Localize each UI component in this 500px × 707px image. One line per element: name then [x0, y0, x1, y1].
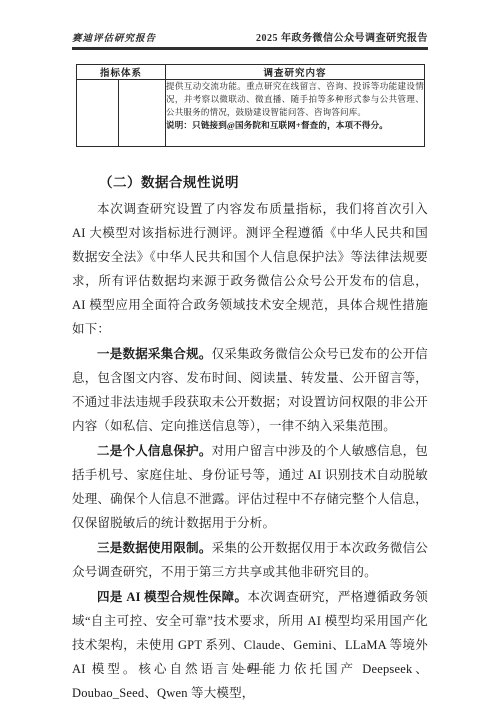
header-left-title: 赛迪评估研究报告 — [72, 30, 156, 44]
paragraph-ai-compliance-lead: 四是 AI 模型合规性保障。 — [97, 590, 247, 604]
paragraph-data-usage-lead: 三是数据使用限制。 — [97, 541, 212, 555]
table-header-row: 指标体系 调查研究内容 — [77, 64, 425, 79]
indicator-table: 指标体系 调查研究内容 提供互动交流功能。重点研究在线留言、咨询、投诉等功能建设… — [76, 64, 425, 147]
paragraph-intro-text: 本次调查研究设置了内容发布质量指标，我们将首次引入 AI 大模型对该指标进行测评… — [72, 202, 428, 336]
table-cell-empty-1 — [77, 79, 119, 146]
table-cell-note: 说明：只链接到@国务院和互联网+督查的，本项不得分。 — [166, 119, 424, 132]
paragraph-data-collection-lead: 一是数据采集合规。 — [97, 347, 212, 361]
table-header-indicator-system: 指标体系 — [77, 64, 166, 79]
paragraph-personal-info: 二是个人信息保护。对用户留言中涉及的个人敏感信息，包括手机号、家庭住址、身份证号… — [72, 439, 428, 535]
paragraph-personal-info-lead: 二是个人信息保护。 — [97, 444, 212, 458]
table-cell-content: 提供互动交流功能。重点研究在线留言、咨询、投诉等功能建设情况，并考察以微联动、微… — [166, 79, 425, 146]
header-rule — [72, 47, 428, 50]
page-number: —6— — [0, 664, 500, 675]
paragraph-intro: 本次调查研究设置了内容发布质量指标，我们将首次引入 AI 大模型对该指标进行测评… — [72, 197, 428, 341]
header-right-title: 2025 年政务微信公众号调查研究报告 — [256, 29, 428, 44]
paragraph-data-usage: 三是数据使用限制。采集的公开数据仅用于本次政务微信公众号调查研究，不用于第三方共… — [72, 536, 428, 584]
section-heading: （二）数据合规性说明 — [72, 171, 428, 191]
paragraph-ai-compliance-text: 本次调查研究，严格遵循政务领域“自主可控、安全可靠”技术要求，所用 AI 模型均… — [72, 590, 428, 700]
table-cell-empty-2 — [119, 79, 166, 146]
table-header-survey-content: 调查研究内容 — [166, 64, 425, 79]
table-cell-content-text: 提供互动交流功能。重点研究在线留言、咨询、投诉等功能建设情况，并考察以微联动、微… — [166, 81, 424, 117]
paragraph-data-collection: 一是数据采集合规。仅采集政务微信公众号已发布的公开信息，包含图文内容、发布时间、… — [72, 342, 428, 438]
document-page: 赛迪评估研究报告 2025 年政务微信公众号调查研究报告 指标体系 调查研究内容… — [0, 0, 500, 707]
table-row: 提供互动交流功能。重点研究在线留言、咨询、投诉等功能建设情况，并考察以微联动、微… — [77, 79, 425, 146]
paragraph-ai-compliance: 四是 AI 模型合规性保障。本次调查研究，严格遵循政务领域“自主可控、安全可靠”… — [72, 585, 428, 705]
running-header: 赛迪评估研究报告 2025 年政务微信公众号调查研究报告 — [72, 24, 428, 44]
